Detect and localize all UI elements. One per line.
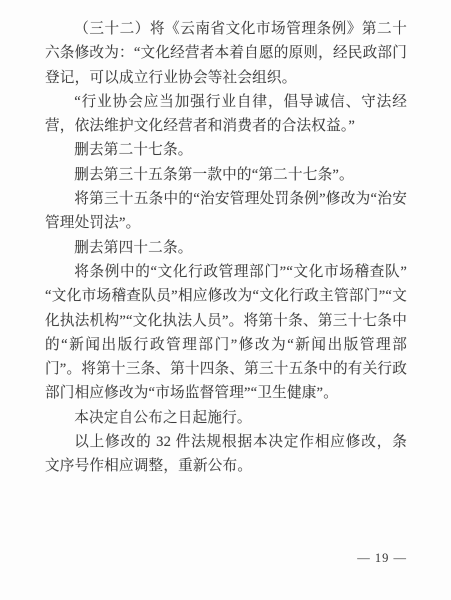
document-paragraph: 本决定自公布之日起施行。 [45,406,407,430]
document-paragraph: 删去第二十七条。 [45,138,407,162]
document-paragraph: “行业协会应当加强行业自律，倡导诚信、守法经营，依法维护文化经营者和消费者的合法… [45,90,407,139]
document-paragraph: 删去第四十二条。 [45,236,407,260]
document-page: （三十二）将《云南省文化市场管理条例》第二十六条修改为：“文化经营者本着自愿的原… [0,0,451,600]
document-paragraph: 以上修改的 32 件法规根据本决定作相应修改，条文序号作相应调整，重新公布。 [45,430,407,479]
document-paragraph: 删去第三十五条第一款中的“第二十七条”。 [45,163,407,187]
document-paragraph: 将条例中的“文化行政管理部门”“文化市场稽查队”“文化市场稽查队员”相应修改为“… [45,260,407,406]
document-paragraph: （三十二）将《云南省文化市场管理条例》第二十六条修改为：“文化经营者本着自愿的原… [45,17,407,90]
page-number: — 19 — [357,550,407,566]
document-body: （三十二）将《云南省文化市场管理条例》第二十六条修改为：“文化经营者本着自愿的原… [45,17,407,479]
document-paragraph: 将第三十五条中的“治安管理处罚条例”修改为“治安管理处罚法”。 [45,187,407,236]
